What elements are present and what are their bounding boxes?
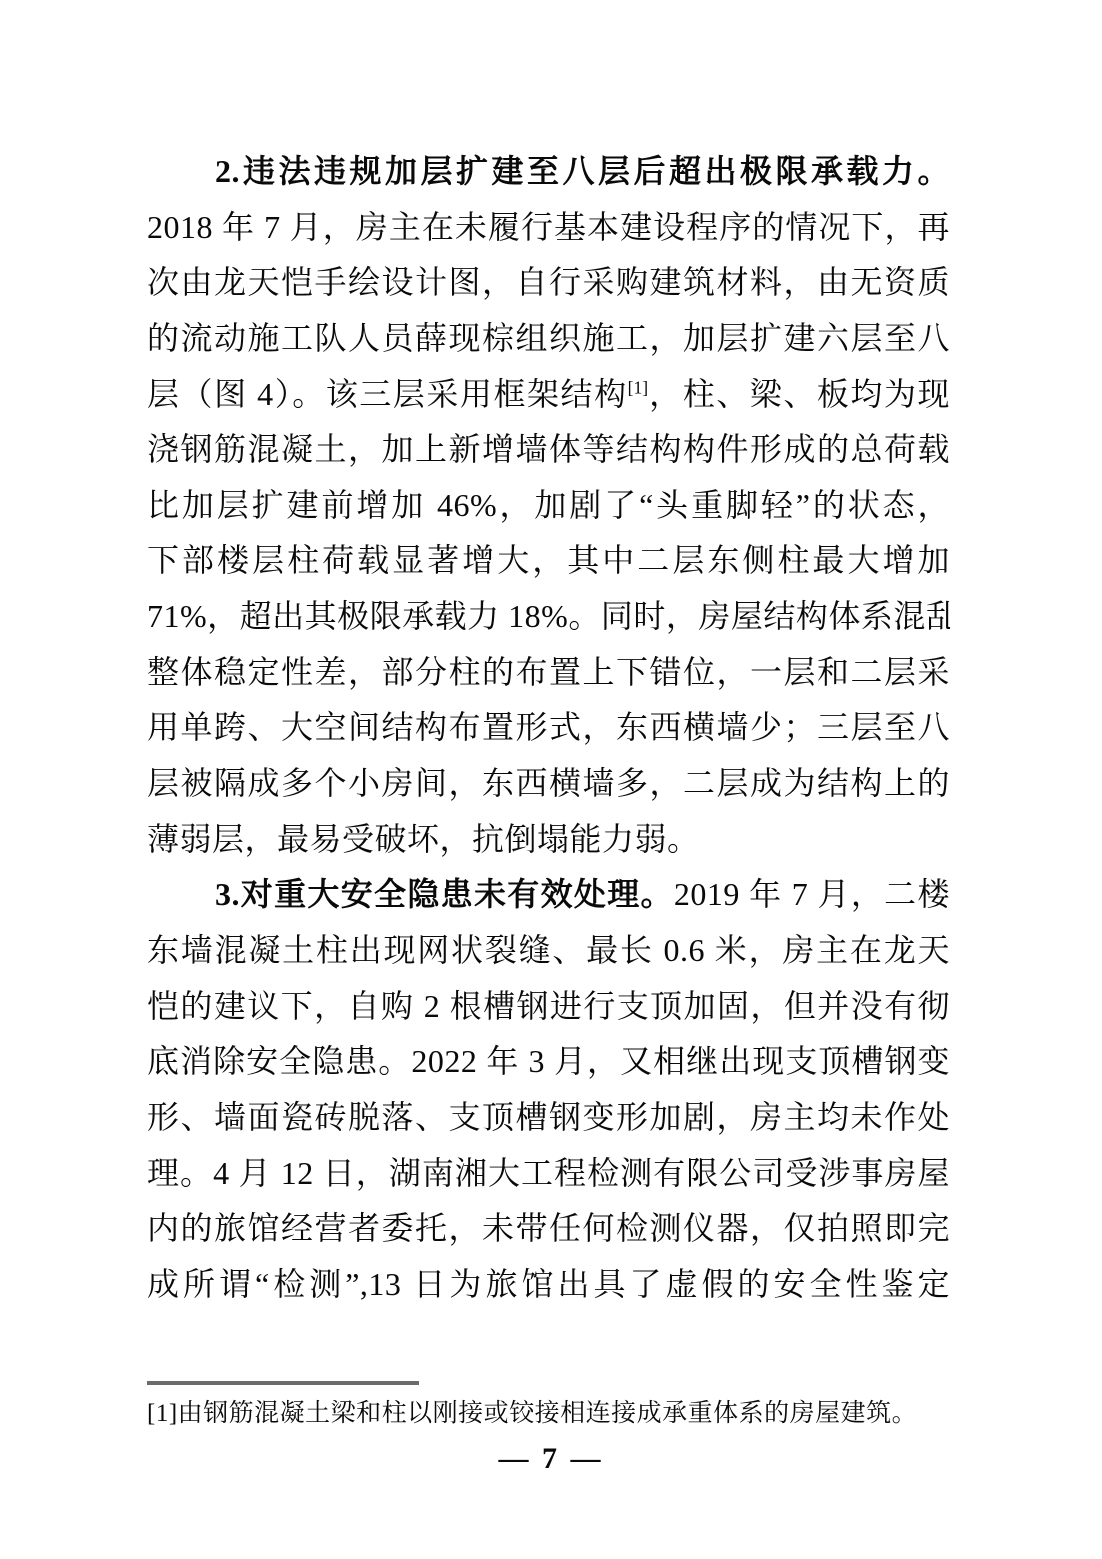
text-run: ，柱、梁、板均为现	[648, 376, 950, 412]
text-run: 恺的建议下，自购 2 根槽钢进行支顶加固，但并没有彻	[147, 988, 950, 1024]
text-run: 2018 年 7 月，房主在未履行基本建设程序的情况下，再	[147, 209, 950, 245]
footnote-area: [1]由钢筋混凝土梁和柱以刚接或铰接相连接成承重体系的房屋建筑。	[147, 1381, 950, 1430]
text-run: 东墙混凝土柱出现网状裂缝、最长 0.6 米，房主在龙天	[147, 932, 950, 968]
text-run: 薄弱层，最易受破坏，抗倒塌能力弱。	[147, 821, 700, 857]
footnote-reference: [1]	[628, 377, 649, 397]
text-run: 层被隔成多个小房间，东西横墙多，二层成为结构上的	[147, 765, 950, 801]
text-line: 2018 年 7 月，房主在未履行基本建设程序的情况下，再	[147, 200, 950, 256]
text-run: 底消除安全隐患。2022 年 3 月，又相继出现支顶槽钢变	[147, 1043, 950, 1079]
text-line: 浇钢筋混凝土，加上新增墙体等结构构件形成的总荷载	[147, 422, 950, 478]
text-line: 东墙混凝土柱出现网状裂缝、最长 0.6 米，房主在龙天	[147, 923, 950, 979]
text-line: 形、墙面瓷砖脱落、支顶槽钢变形加剧，房主均未作处	[147, 1090, 950, 1146]
text-run: 形、墙面瓷砖脱落、支顶槽钢变形加剧，房主均未作处	[147, 1099, 950, 1135]
text-line: 71%，超出其极限承载力 18%。同时，房屋结构体系混乱，	[147, 589, 950, 645]
footnote-text: [1]由钢筋混凝土梁和柱以刚接或铰接相连接成承重体系的房屋建筑。	[147, 1397, 950, 1430]
text-line: 理。4 月 12 日，湖南湘大工程检测有限公司受涉事房屋	[147, 1146, 950, 1202]
text-line: 2.违法违规加层扩建至八层后超出极限承载力。	[147, 144, 950, 200]
text-line: 薄弱层，最易受破坏，抗倒塌能力弱。	[147, 812, 950, 868]
page-number: — 7 —	[0, 1442, 1102, 1476]
text-run: 71%，超出其极限承载力 18%。同时，房屋结构体系混乱，	[147, 598, 950, 634]
text-line: 整体稳定性差，部分柱的布置上下错位，一层和二层采	[147, 645, 950, 701]
text-line: 层（图 4）。该三层采用框架结构[1]，柱、梁、板均为现	[147, 367, 950, 423]
text-line: 底消除安全隐患。2022 年 3 月，又相继出现支顶槽钢变	[147, 1034, 950, 1090]
text-run: 成所谓“检测”,13 日为旅馆出具了虚假的安全性鉴定	[147, 1266, 950, 1302]
text-line: 层被隔成多个小房间，东西横墙多，二层成为结构上的	[147, 756, 950, 812]
text-run: 下部楼层柱荷载显著增大，其中二层东侧柱最大增加	[147, 542, 950, 578]
text-run: 层（图 4）。该三层采用框架结构	[147, 376, 628, 412]
text-run: 的流动施工队人员薛现棕组织施工，加层扩建六层至八	[147, 320, 950, 356]
text-line: 3.对重大安全隐患未有效处理。2019 年 7 月，二楼	[147, 867, 950, 923]
text-run: 用单跨、大空间结构布置形式，东西横墙少；三层至八	[147, 709, 950, 745]
text-run: 内的旅馆经营者委托，未带任何检测仪器，仅拍照即完	[147, 1210, 950, 1246]
text-run: 浇钢筋混凝土，加上新增墙体等结构构件形成的总荷载	[147, 431, 950, 467]
section-3-heading: 3.对重大安全隐患未有效处理。	[215, 876, 674, 912]
text-line: 次由龙天恺手绘设计图，自行采购建筑材料，由无资质	[147, 255, 950, 311]
text-line: 下部楼层柱荷载显著增大，其中二层东侧柱最大增加	[147, 533, 950, 589]
text-run: 2019 年 7 月，二楼	[674, 876, 950, 912]
text-line: 恺的建议下，自购 2 根槽钢进行支顶加固，但并没有彻	[147, 979, 950, 1035]
footnote-separator	[147, 1381, 419, 1385]
document-page: 2.违法违规加层扩建至八层后超出极限承载力。 2018 年 7 月，房主在未履行…	[0, 0, 1102, 1559]
text-run: 整体稳定性差，部分柱的布置上下错位，一层和二层采	[147, 654, 950, 690]
text-line: 用单跨、大空间结构布置形式，东西横墙少；三层至八	[147, 700, 950, 756]
text-run: 理。4 月 12 日，湖南湘大工程检测有限公司受涉事房屋	[147, 1155, 950, 1191]
text-line: 的流动施工队人员薛现棕组织施工，加层扩建六层至八	[147, 311, 950, 367]
section-2-heading: 2.违法违规加层扩建至八层后超出极限承载力。	[215, 153, 950, 189]
body-text: 2.违法违规加层扩建至八层后超出极限承载力。 2018 年 7 月，房主在未履行…	[147, 144, 950, 1312]
text-run: 比加层扩建前增加 46%，加剧了“头重脚轻”的状态，	[147, 487, 950, 523]
text-line: 成所谓“检测”,13 日为旅馆出具了虚假的安全性鉴定	[147, 1257, 950, 1313]
text-run: 次由龙天恺手绘设计图，自行采购建筑材料，由无资质	[147, 264, 950, 300]
text-line: 比加层扩建前增加 46%，加剧了“头重脚轻”的状态，	[147, 478, 950, 534]
text-line: 内的旅馆经营者委托，未带任何检测仪器，仅拍照即完	[147, 1201, 950, 1257]
